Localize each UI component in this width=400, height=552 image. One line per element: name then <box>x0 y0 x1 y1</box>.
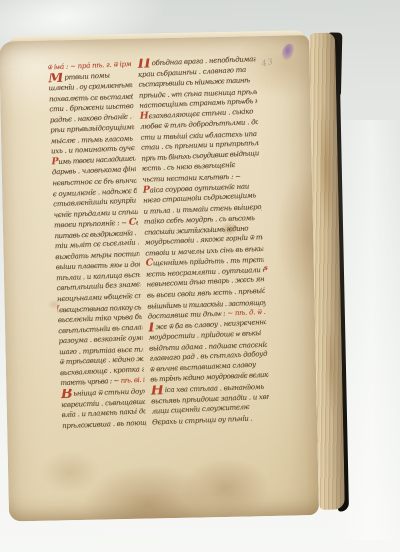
ink-text: вьішнїимь и тиласкьіи . застоящоу <box>147 298 265 310</box>
ink-text: мьіслѥ . тѣмь гласомь тлѣноущи <box>51 134 135 146</box>
ink-text: таіко сєбѣ моудрѣ . сь вѣсомь <box>144 214 255 226</box>
manuscript-book: 43 ѿ іѡа́ : ~ пра́ пѣ. г. ѿ ірм :~Мртвыи… <box>0 29 345 522</box>
ink-text: чьсти нєстани клѣтвѣ : ~ <box>142 173 241 184</box>
rubric-text: пѣ. ві. ірм <box>120 376 144 385</box>
rubric-initial: М <box>48 72 64 83</box>
ink-text: іса хва стѣлаа . вьгнанїюмь <box>165 383 264 394</box>
rubric-initial: П <box>137 58 150 69</box>
ink-text: шаго . трѣтіаа вьсє тлѣвѣіша <box>59 344 143 356</box>
ink-text: твоєи прѣпоянїє : ~ <box>54 219 129 229</box>
folio-number: 43 <box>261 57 275 69</box>
manuscript-page: 43 ѿ іѡа́ : ~ пра́ пѣ. г. ѿ ірм :~Мртвыи… <box>0 35 319 521</box>
ink-text: нєвѣстноє сє бѣ вѣнчаємо <box>52 176 136 187</box>
text-line: Нєвєщьствьнаа полкоу сь ѥтѣроу <box>57 302 141 315</box>
text-area: ѿ іѡа́ : ~ пра́ пѣ. г. ѿ ірм :~Мртвыи по… <box>42 54 271 444</box>
text-line: похвалѥть сє вьсталѥбщє стара <box>49 91 133 104</box>
ink-text: сти и твьіші скіи ѡбластєхь ипа <box>140 130 256 142</box>
purple-ink-mark <box>281 43 295 62</box>
text-column-right: Побѣднаа врага . нєпобѣдимагокраи сьбраш… <box>137 54 270 428</box>
rubric-initial: Н <box>151 385 164 396</box>
ink-text: ьніица ѿ стѣни доухновєнїє <box>73 387 145 398</box>
ink-text: прѣидє . ѡт сѣна пшєница прѣла <box>139 88 257 100</box>
ink-text: вьіши плавєть якѡ и добрѡ <box>56 261 140 272</box>
ink-text: вєщєнны <box>136 218 138 227</box>
ink-text: таѥть чрѣва : ~ <box>60 377 121 387</box>
ink-text: вьідѣти адама . падшаѥ спасєнїа <box>149 341 267 353</box>
ink-text: ртвыи помы <box>64 71 110 81</box>
marginal-rubric-mark: ѕ <box>264 264 268 272</box>
rubric-text: ~ пѣ. д. ѿ . <box>227 308 265 318</box>
rubric-initial: В <box>61 389 73 400</box>
ink-text: євєщьствьнаа полкоу сь ѥтѣроу <box>59 302 142 314</box>
text-column-left: ѿ іѡа́ : ~ пра́ пѣ. г. ѿ ірм :~Мртвыи по… <box>48 59 147 431</box>
ink-text: влїа . и пламєнь пакьі доухь <box>61 407 145 420</box>
manuscript-photo: 43 ѿ іѡа́ : ~ пра́ пѣ. г. ѿ ірм :~Мртвыи… <box>0 0 400 552</box>
ink-text: похвалѥть сє вьсталѥбщє стара <box>49 91 133 103</box>
rubric-initial: І <box>148 322 155 333</box>
